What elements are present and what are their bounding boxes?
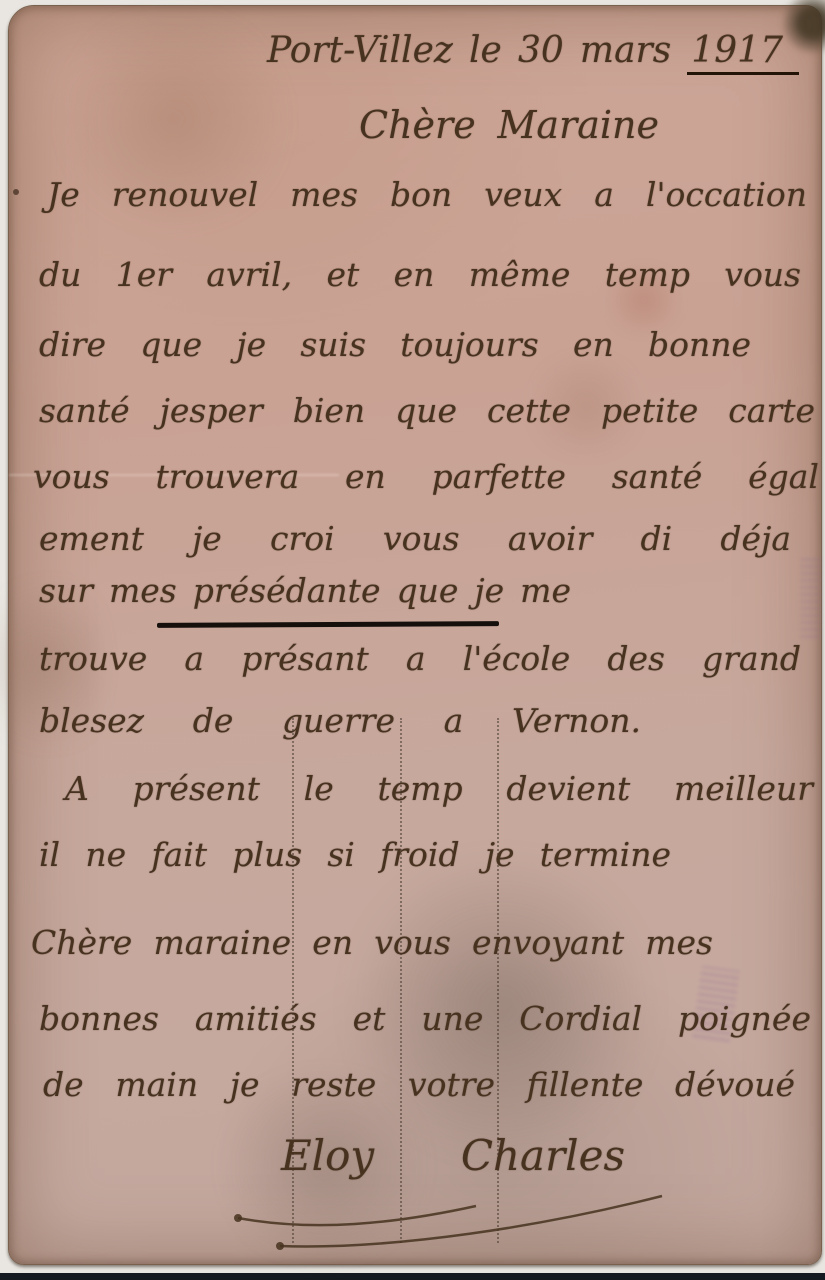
letter-line: il ne fait plus si froid je termine bbox=[39, 836, 671, 874]
letter-line: Chère maraine en vous envoyant mes bbox=[31, 924, 713, 962]
letter-line: dire que je suis toujours en bonne bbox=[39, 326, 751, 364]
ink-dot bbox=[13, 189, 19, 195]
year-underlined: 1917 bbox=[687, 30, 799, 75]
dateline: Port-Villez le 30 mars 1917 bbox=[267, 30, 799, 71]
letter-line: du 1er avril, et en même temp vous bbox=[39, 256, 801, 294]
letter-line: trouve a présant a l'école des grand bbox=[39, 640, 801, 678]
salutation: Chère Maraine bbox=[359, 104, 659, 148]
scan-background: Port-Villez le 30 mars 1917 Chère Marain… bbox=[0, 0, 825, 1280]
letter-line: blesez de guerre a Vernon. bbox=[39, 702, 641, 740]
letter-line: bonnes amitiés et une Cordial poignée bbox=[39, 1000, 811, 1038]
emphasis-underline bbox=[157, 621, 499, 628]
place-date: Port-Villez le 30 mars bbox=[267, 30, 671, 71]
letter-line: Je renouvel mes bon veux a l'occation bbox=[47, 176, 807, 214]
letter-line: vous trouvera en parfette santé égal bbox=[33, 458, 819, 496]
letter-line: ement je croi vous avoir di déja bbox=[39, 520, 791, 558]
letter-line: A présent le temp devient meilleur bbox=[65, 770, 813, 808]
postcard: Port-Villez le 30 mars 1917 Chère Marain… bbox=[8, 5, 822, 1265]
signature: Eloy Charles bbox=[281, 1132, 625, 1180]
stamp-mark bbox=[801, 558, 821, 638]
scanner-edge-band bbox=[0, 1273, 825, 1280]
letter-line: de main je reste votre fillente dévoué bbox=[43, 1066, 795, 1104]
letter-line: santé jesper bien que cette petite carte bbox=[39, 392, 815, 430]
letter-line: sur mes présédante que je me bbox=[39, 572, 571, 610]
signature-flourish bbox=[224, 1186, 674, 1256]
